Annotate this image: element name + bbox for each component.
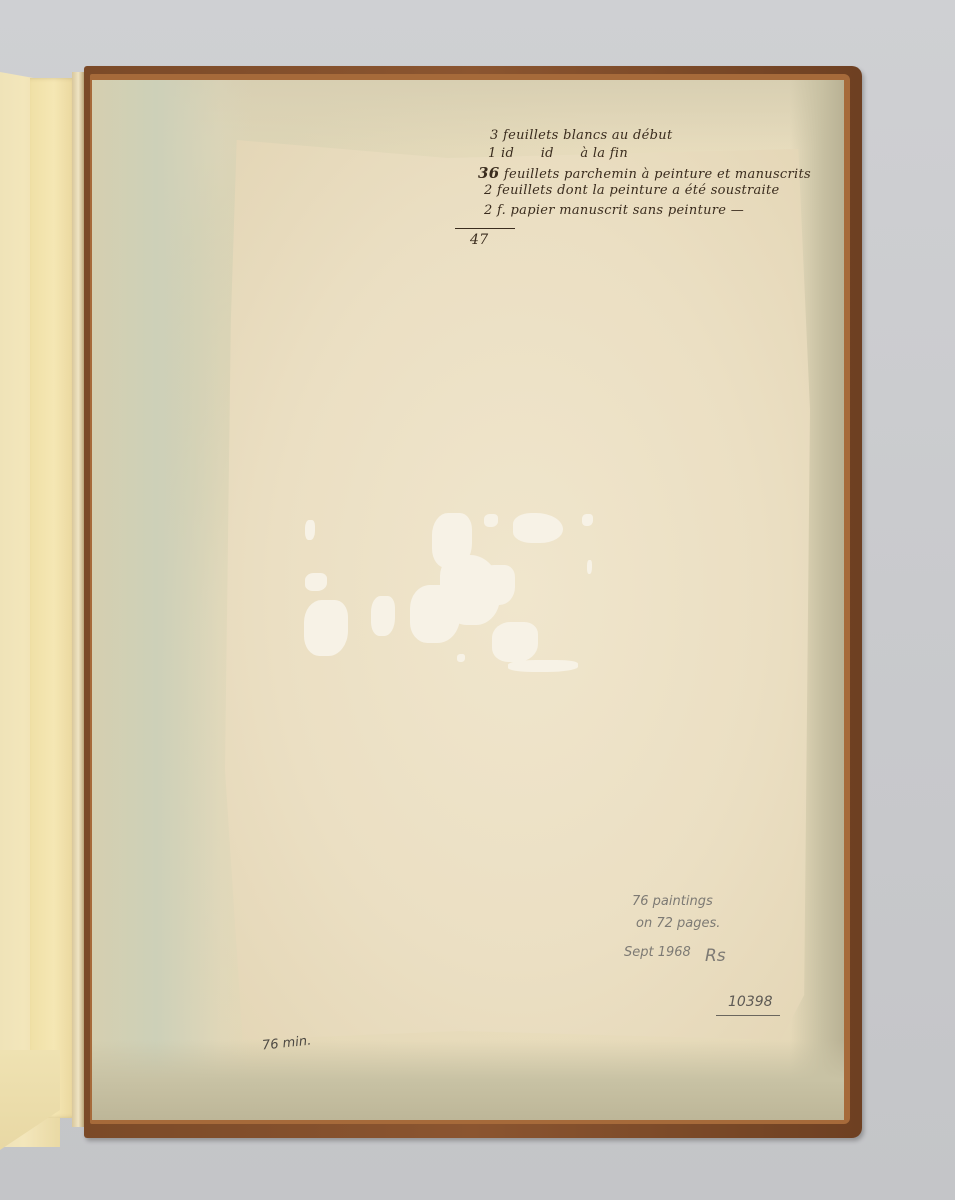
inventory-underline bbox=[716, 1015, 780, 1016]
paper-loss bbox=[371, 596, 395, 636]
note-text: feuillets dont la peinture a été soustra… bbox=[497, 183, 780, 198]
count: 3 bbox=[490, 128, 499, 143]
pencil-note-pages: on 72 pages. bbox=[636, 916, 720, 931]
turn-in-bottom bbox=[92, 1040, 844, 1120]
ink-note-total: 47 bbox=[470, 232, 488, 248]
count: 1 bbox=[488, 146, 497, 161]
ink-note-line-1: 3 feuillets blancs au début bbox=[490, 128, 672, 143]
paper-loss bbox=[305, 573, 327, 591]
count: 2 bbox=[484, 203, 493, 218]
left-flyleaf-fold bbox=[30, 78, 78, 1118]
note-text: id id à la fin bbox=[501, 146, 628, 161]
paper-loss bbox=[304, 600, 348, 656]
ink-note-line-3: 36 feuillets parchemin à peinture et man… bbox=[478, 164, 811, 182]
paper-loss bbox=[480, 565, 515, 605]
paper-loss bbox=[305, 520, 315, 540]
pencil-note-paintings: 76 paintings bbox=[632, 894, 713, 909]
note-text: f. papier manuscrit sans peinture — bbox=[497, 203, 744, 218]
paper-loss bbox=[508, 660, 578, 672]
pencil-note-initials: Rs bbox=[705, 946, 726, 966]
paper-loss bbox=[484, 514, 498, 527]
ink-note-line-4: 2 feuillets dont la peinture a été soust… bbox=[484, 183, 780, 198]
note-text: feuillets parchemin à peinture et manusc… bbox=[504, 167, 811, 182]
inventory-number: 10398 bbox=[728, 994, 773, 1010]
pencil-note-date: Sept 1968 bbox=[624, 945, 691, 960]
paper-loss bbox=[492, 622, 538, 662]
ink-note-line-2: 1 id id à la fin bbox=[488, 146, 628, 161]
paper-loss bbox=[582, 514, 593, 526]
paper-loss bbox=[587, 560, 592, 574]
count: 36 bbox=[478, 164, 499, 182]
sum-rule bbox=[455, 228, 515, 229]
count: 2 bbox=[484, 183, 493, 198]
paper-loss bbox=[457, 654, 465, 662]
paper-loss bbox=[513, 513, 563, 543]
ink-note-line-5: 2 f. papier manuscrit sans peinture — bbox=[484, 203, 744, 218]
paper-loss bbox=[410, 585, 460, 643]
note-text: feuillets blancs au début bbox=[503, 128, 672, 143]
